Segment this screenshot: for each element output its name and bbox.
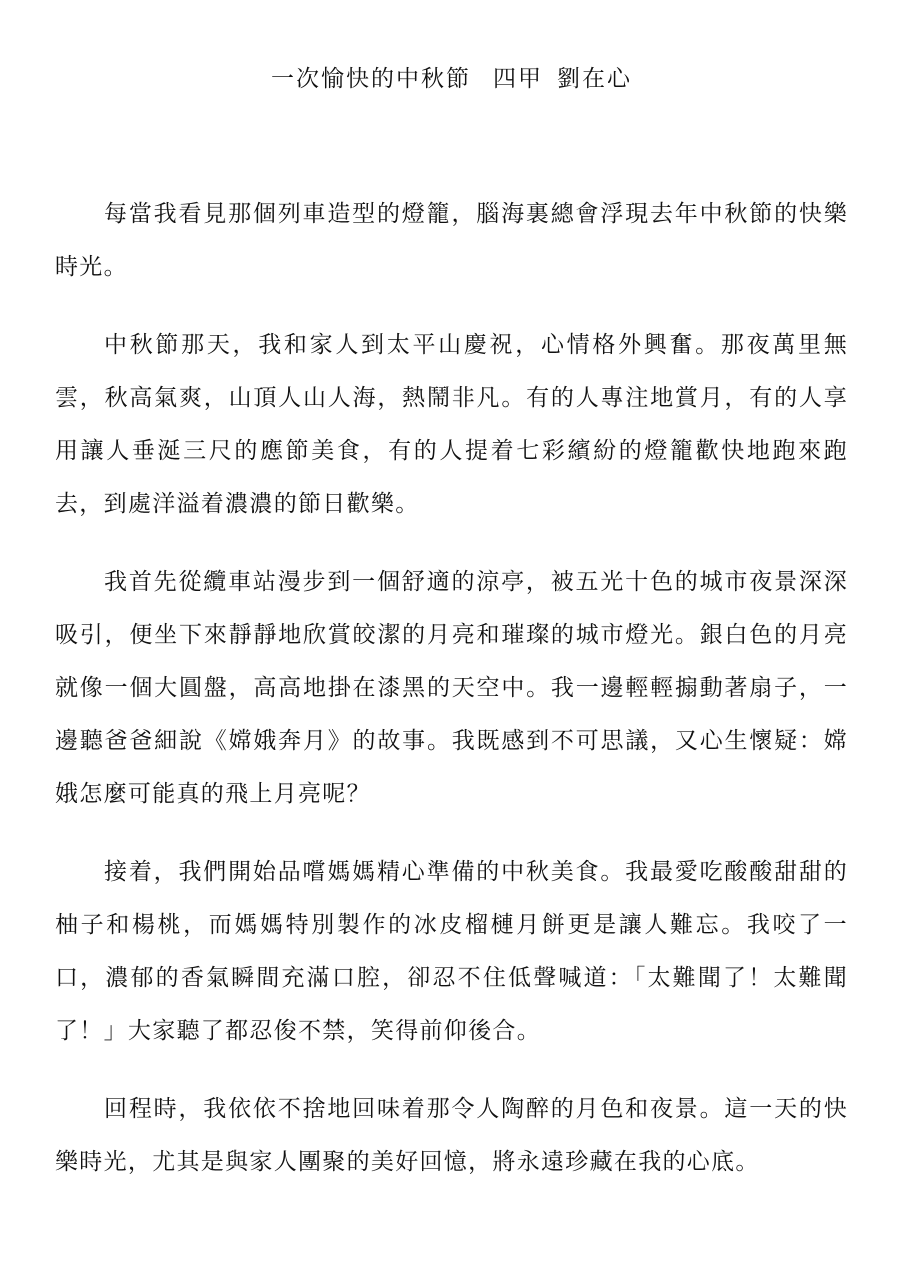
document-page: 一次愉快的中秋節四甲劉在心 每當我看見那個列車造型的燈籠，腦海裏總會浮現去年中秋… [0,0,905,1280]
essay-title-text: 一次愉快的中秋節 [271,66,471,91]
essay-paragraph: 接着，我們開始品嚐媽媽精心準備的中秋美食。我最愛吃酸酸甜甜的柚子和楊桃，而媽媽特… [55,845,848,1057]
essay-paragraph: 每當我看見那個列車造型的燈籠，腦海裏總會浮現去年中秋節的快樂時光。 [55,187,848,293]
essay-author-name: 劉在心 [557,66,632,91]
essay-paragraph: 我首先從纜車站漫步到一個舒適的涼亭，被五光十色的城市夜景深深吸引，便坐下來靜靜地… [55,555,848,820]
essay-paragraph: 中秋節那天，我和家人到太平山慶祝，心情格外興奮。那夜萬里無雲，秋高氣爽，山頂人山… [55,318,848,530]
essay-title: 一次愉快的中秋節四甲劉在心 [55,62,848,95]
essay-paragraph: 回程時，我依依不捨地回味着那令人陶醉的月色和夜景。這一天的快樂時光，尤其是與家人… [55,1082,848,1188]
essay-class-name: 四甲 [493,66,543,91]
essay-body: 每當我看見那個列車造型的燈籠，腦海裏總會浮現去年中秋節的快樂時光。中秋節那天，我… [55,187,848,1188]
